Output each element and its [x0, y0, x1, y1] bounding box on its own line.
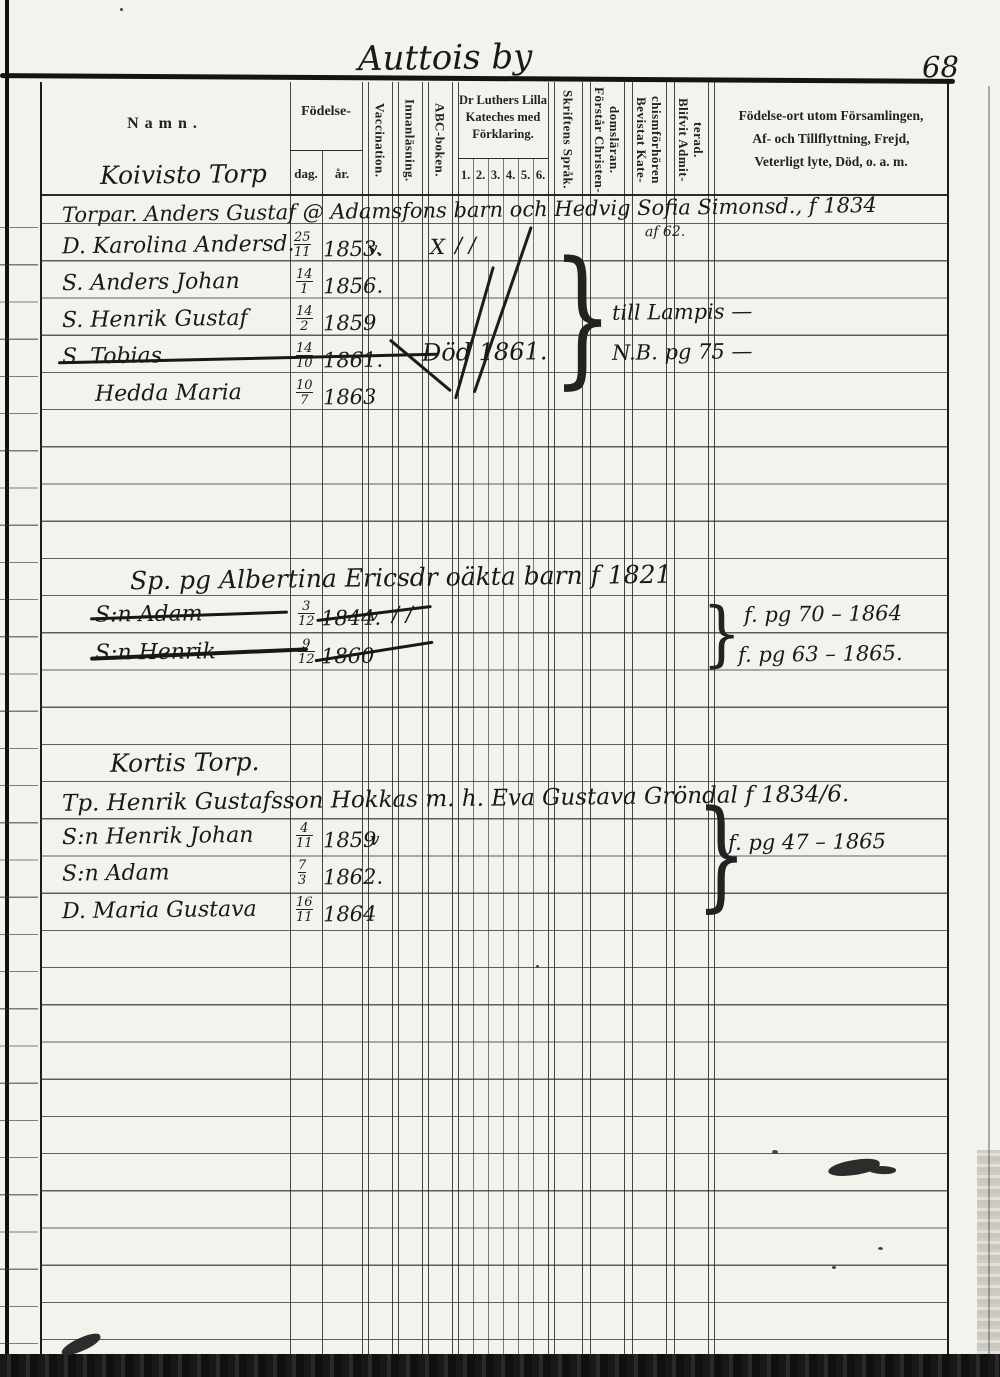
grouping-brace: }	[702, 598, 741, 669]
margin-note: till Lampis —	[612, 299, 753, 325]
birth-year: 1861.	[323, 348, 383, 373]
entry-name: S:n Henrik Johan	[62, 823, 254, 850]
ink-speck	[536, 965, 539, 968]
birth-day: 4 11	[296, 822, 313, 850]
abc-mark: X	[430, 235, 445, 259]
ink-speck	[120, 8, 123, 11]
birth-day: 3 12	[298, 600, 315, 628]
kateches-marks: ∕ ∕	[455, 233, 476, 257]
header-blifvit-line2: terad.	[692, 122, 705, 158]
header-bevistat: Bevistat Kate- chismförhören	[632, 88, 666, 192]
header-kateches-numbers: 1. 2. 3. 4. 5. 6.	[458, 168, 548, 183]
birth-month-num: 12	[298, 613, 315, 628]
birth-month-num: 11	[294, 244, 311, 259]
fodelse-sub-rule	[290, 150, 362, 151]
birth-month-num: 1	[296, 281, 313, 296]
birth-month-num: 11	[296, 909, 313, 924]
kateches-title-line2: Kateches med	[466, 110, 541, 124]
birth-month-num: 11	[296, 835, 313, 850]
fodelseort-line3: Veterligt lyte, Död, o. a. m.	[754, 154, 907, 169]
grouping-brace: }	[552, 242, 613, 391]
birth-year: 1862.	[323, 865, 383, 890]
header-innanlasning: Innanläsning.	[398, 88, 422, 192]
bottom-scan-band	[0, 1354, 1000, 1377]
birth-day: 7 3	[298, 859, 306, 887]
header-blifvit: Blifvit Admit- terad.	[674, 88, 708, 192]
kateches-col-1: 1.	[458, 168, 473, 183]
header-blifvit-line1: Blifvit Admit-	[677, 98, 690, 182]
entry-name: D. Karolina Andersd.	[62, 232, 295, 260]
fodelseort-line1: Födelse-ort utom Församlingen,	[739, 108, 924, 123]
header-vaccination: Vaccination.	[368, 88, 392, 192]
header-forstar-line2: domsläran.	[608, 106, 621, 173]
birth-day: 16 11	[296, 896, 313, 924]
margin-note: f. pg 70 – 1864	[744, 601, 902, 627]
ink-speck	[878, 1247, 883, 1250]
margin-note: N.B. pg 75 —	[612, 339, 753, 365]
header-fodelse: Födelse-	[288, 104, 364, 120]
header-bevistat-line1: Bevistat Kate-	[635, 97, 648, 183]
section3-heading: Kortis Torp.	[110, 747, 260, 778]
birth-day: 14 1	[296, 268, 313, 296]
kateches-col-6: 6.	[533, 168, 548, 183]
vaccination-mark: v	[370, 830, 380, 850]
birth-month-num: 3	[298, 872, 306, 887]
birth-year: 1863	[323, 385, 377, 410]
header-ar: år.	[322, 166, 362, 182]
margin-note: f. pg 47 – 1865	[728, 829, 886, 855]
kateches-title-line1: Dr Luthers Lilla	[459, 93, 547, 107]
ink-speck	[832, 1266, 836, 1269]
birth-day: 14 2	[296, 305, 313, 333]
birth-year: 1864	[323, 902, 377, 927]
birth-day: 9 12	[298, 638, 315, 666]
header-skriftens-label: Skriftens Språk.	[562, 90, 575, 189]
header-vaccination-label: Vaccination.	[374, 103, 387, 178]
birth-day: 10 7	[296, 379, 313, 407]
section1-heading: Koivisto Torp	[100, 159, 267, 190]
header-forstar: Förstår Christen- domsläran.	[590, 88, 624, 192]
birth-day-num: 16	[296, 896, 313, 909]
page-title: Auttois by	[358, 37, 533, 79]
header-forstar-line1: Förstår Christen-	[593, 87, 606, 193]
right-page-edge-line	[988, 86, 990, 1356]
birth-year: 1859	[323, 311, 377, 336]
birth-day-num: 7	[298, 859, 306, 872]
header-fodelseort: Födelse-ort utom Församlingen, Af- och T…	[716, 104, 946, 173]
birth-month-num: 12	[298, 651, 315, 666]
birth-year: 1859	[323, 828, 377, 853]
birth-day-num: 10	[296, 379, 313, 392]
section1-family-note: af 62.	[645, 224, 685, 240]
vaccination-mark: v.	[368, 239, 381, 259]
entry-name: Hedda Maria	[95, 380, 242, 407]
left-margin-row-lines	[0, 191, 38, 1353]
birth-month-num: 2	[296, 318, 313, 333]
header-abc-boken: ABC-boken.	[428, 88, 452, 192]
entry-name: S. Tobias	[62, 343, 162, 369]
entry-name: S. Henrik Gustaf	[62, 306, 248, 333]
entry-name: S:n Adam	[62, 860, 170, 886]
margin-note: f. pg 63 – 1865.	[738, 641, 903, 667]
entry-name: S. Anders Johan	[62, 269, 240, 296]
header-namn: Namn.	[40, 115, 290, 133]
kateches-col-2: 2.	[473, 168, 488, 183]
grouping-brace: }	[696, 795, 747, 915]
birth-day-num: 14	[296, 268, 313, 281]
kateches-marks: ∕ ∕	[392, 602, 413, 626]
kateches-sub-rule	[458, 158, 548, 159]
header-bevistat-line2: chismförhören	[650, 96, 663, 184]
birth-day-num: 25	[294, 231, 311, 244]
kateches-col-5: 5.	[518, 168, 533, 183]
header-dag: dag.	[290, 166, 322, 182]
birth-day-num: 14	[296, 342, 313, 355]
entry-name: D. Maria Gustava	[62, 897, 257, 924]
header-kateches-title: Dr Luthers Lilla Kateches med Förklaring…	[458, 92, 548, 143]
birth-day-num: 4	[296, 822, 313, 835]
fodelseort-line2: Af- och Tillflyttning, Frejd,	[752, 131, 909, 146]
birth-day: 25 11	[294, 231, 311, 259]
ink-speck	[772, 1150, 778, 1154]
birth-day-num: 3	[298, 600, 315, 613]
kateches-col-4: 4.	[503, 168, 518, 183]
header-abc-boken-label: ABC-boken.	[434, 103, 447, 177]
header-innanlasning-label: Innanläsning.	[404, 99, 417, 182]
kateches-col-3: 3.	[488, 168, 503, 183]
header-skriftens-sprak: Skriftens Språk.	[554, 88, 582, 192]
kateches-title-line3: Förklaring.	[472, 127, 533, 141]
vaccination-mark: v	[369, 606, 379, 626]
birth-month-num: 7	[296, 392, 313, 407]
birth-day-num: 14	[296, 305, 313, 318]
birth-year: 1856.	[323, 274, 383, 299]
